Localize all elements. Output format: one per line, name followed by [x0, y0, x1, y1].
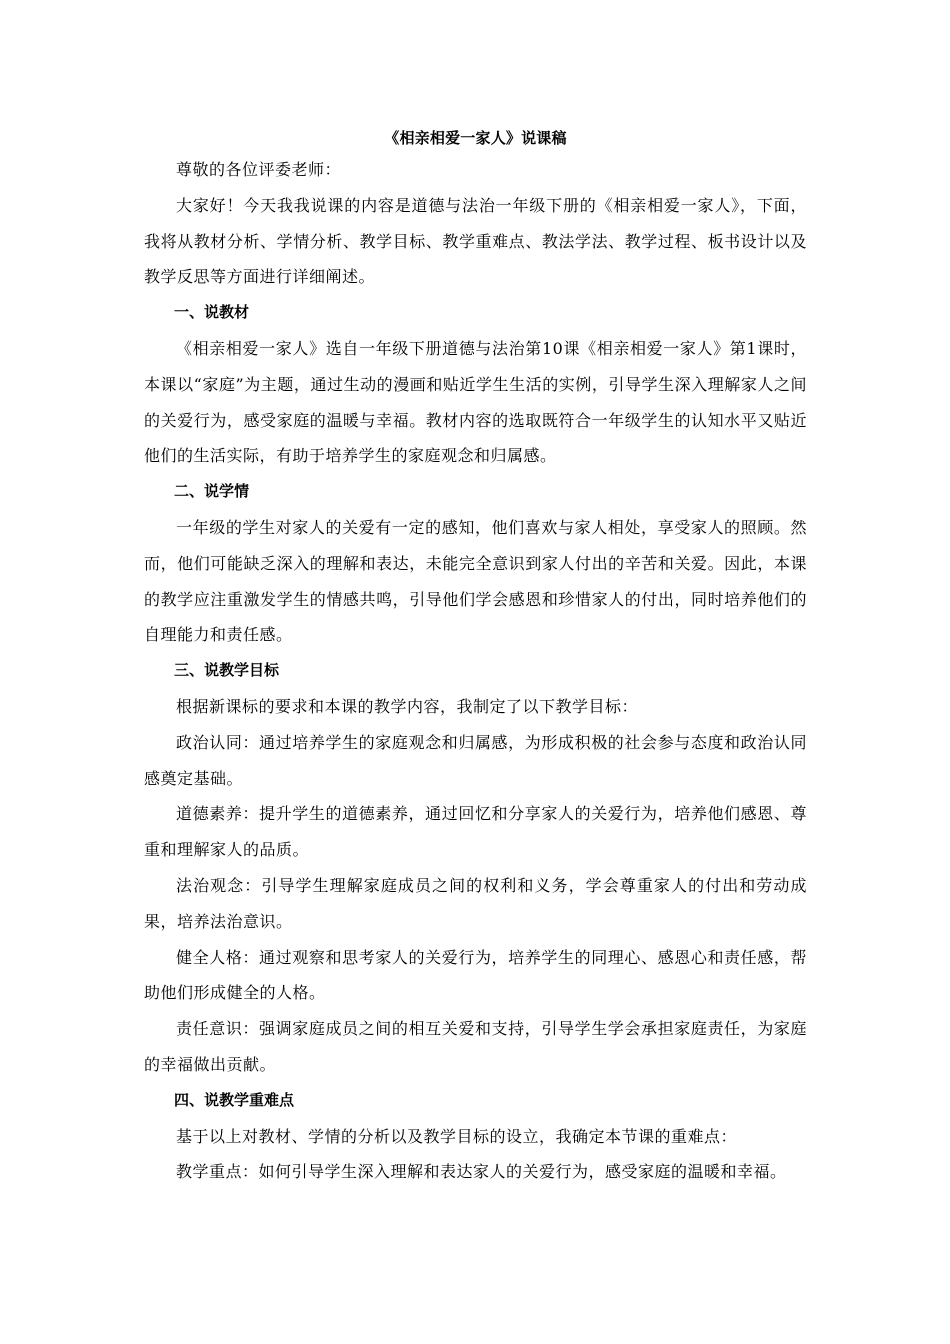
- section-heading-objectives: 三、说教学目标: [144, 653, 807, 689]
- key-points-intro: 基于以上对教材、学情的分析以及教学目标的设立，我确定本节课的重难点：: [144, 1119, 807, 1155]
- document-title: 《相亲相爱一家人》说课稿: [144, 124, 807, 152]
- textbook-paragraph: 《相亲相爱一家人》选自一年级下册道德与法治第10课《相亲相爱一家人》第1课时，本…: [144, 331, 807, 474]
- section-heading-textbook: 一、说教材: [144, 295, 807, 331]
- key-point-focus: 教学重点：如何引导学生深入理解和表达家人的关爱行为，感受家庭的温暖和幸福。: [144, 1154, 807, 1190]
- intro-paragraph: 大家好！今天我我说课的内容是道德与法治一年级下册的《相亲相爱一家人》，下面，我将…: [144, 188, 807, 295]
- objective-political: 政治认同：通过培养学生的家庭观念和归属感，为形成积极的社会参与态度和政治认同感奠…: [144, 725, 807, 797]
- objectives-intro: 根据新课标的要求和本课的教学内容，我制定了以下教学目标：: [144, 689, 807, 725]
- students-paragraph: 一年级的学生对家人的关爱有一定的感知，他们喜欢与家人相处，享受家人的照顾。然而，…: [144, 510, 807, 653]
- salutation: 尊敬的各位评委老师：: [144, 152, 807, 188]
- document-page: 《相亲相爱一家人》说课稿 尊敬的各位评委老师： 大家好！今天我我说课的内容是道德…: [144, 124, 807, 1190]
- objective-law: 法治观念：引导学生理解家庭成员之间的权利和义务，学会尊重家人的付出和劳动成果，培…: [144, 868, 807, 940]
- section-heading-key-points: 四、说教学重难点: [144, 1083, 807, 1119]
- objective-moral: 道德素养：提升学生的道德素养，通过回忆和分享家人的关爱行为，培养他们感恩、尊重和…: [144, 796, 807, 868]
- objective-responsibility: 责任意识：强调家庭成员之间的相互关爱和支持，引导学生学会承担家庭责任，为家庭的幸…: [144, 1011, 807, 1083]
- section-heading-students: 二、说学情: [144, 474, 807, 510]
- objective-personality: 健全人格：通过观察和思考家人的关爱行为，培养学生的同理心、感恩心和责任感，帮助他…: [144, 940, 807, 1012]
